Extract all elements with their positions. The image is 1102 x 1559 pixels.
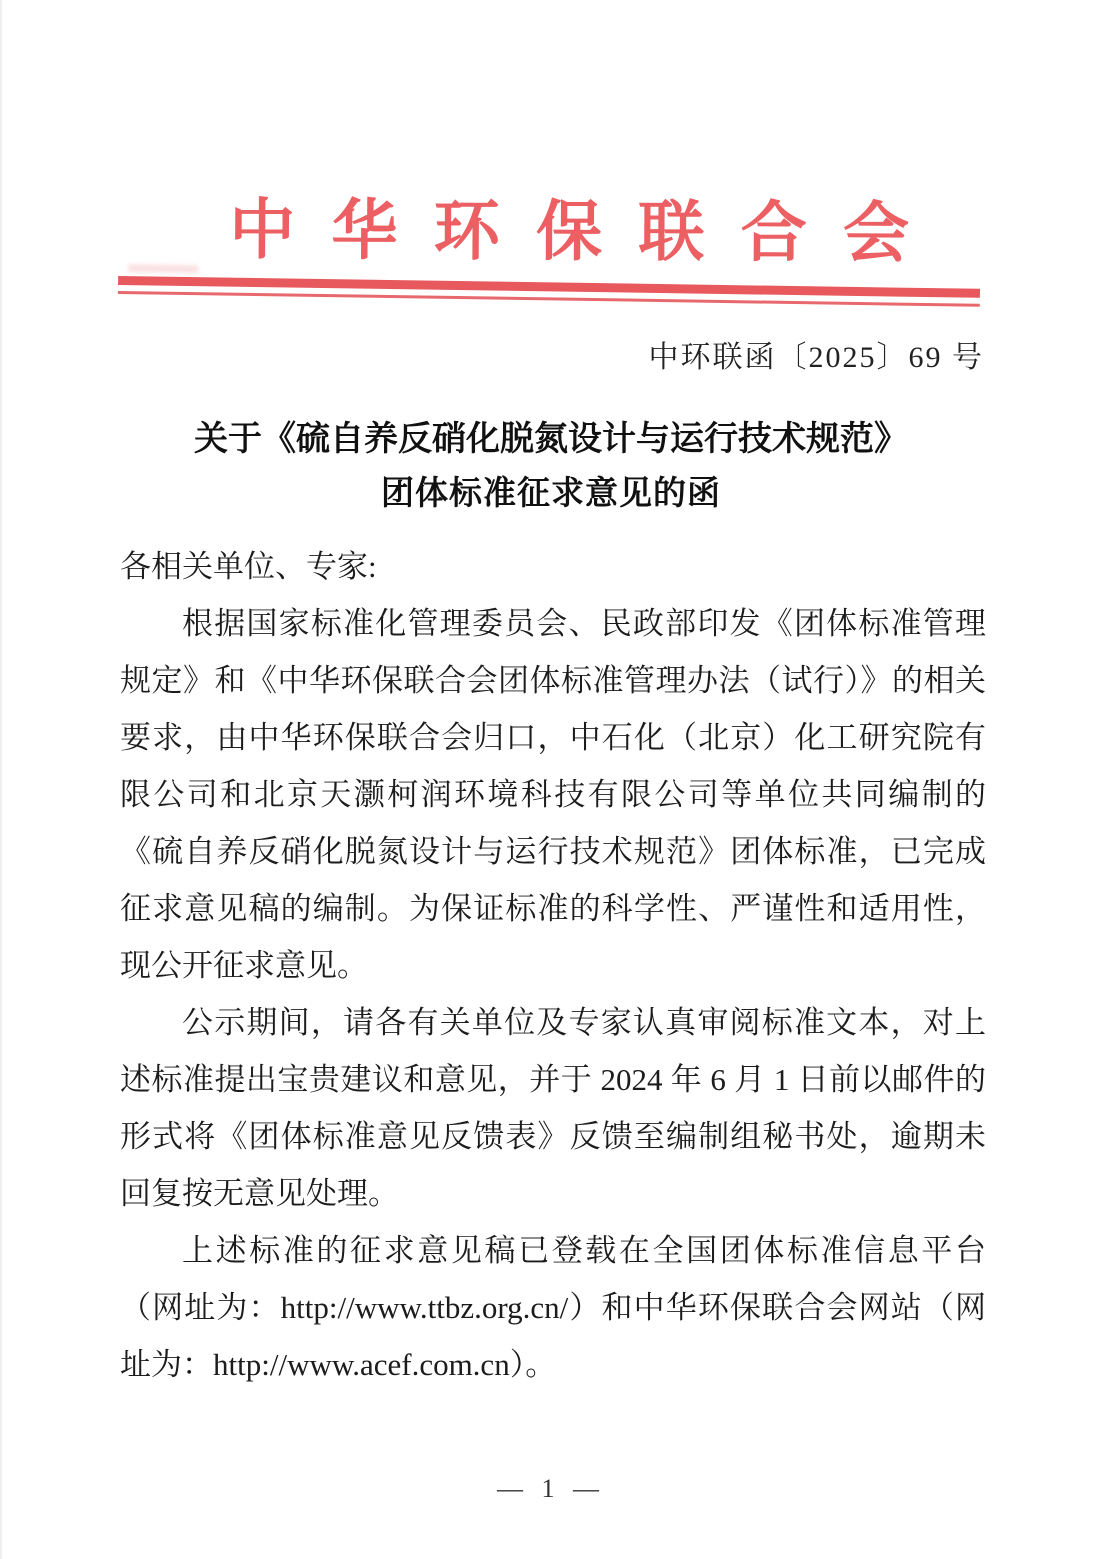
document-page: 中华环保联合会 中环联函〔2025〕69 号 关于《硫自养反硝化脱氮设计与运行技… bbox=[0, 0, 1102, 1559]
document-number: 中环联函〔2025〕69 号 bbox=[0, 332, 1102, 376]
scan-smudge bbox=[128, 264, 198, 273]
letterhead-divider bbox=[118, 276, 980, 307]
page-number: — 1 — bbox=[0, 1474, 1102, 1504]
document-title-line1: 关于《硫自养反硝化脱氮设计与运行技术规范》 bbox=[0, 412, 1102, 466]
paragraph-3: 上述标准的征求意见稿已登载在全国团体标准信息平台（网址为：http://www.… bbox=[120, 1222, 986, 1393]
salutation: 各相关单位、专家: bbox=[120, 538, 986, 595]
letterhead-org-name: 中华环保联合会 bbox=[0, 175, 1102, 276]
document-title-line2: 团体标准征求意见的函 bbox=[0, 466, 1102, 520]
paragraph-2: 公示期间，请各有关单位及专家认真审阅标准文本，对上述标准提出宝贵建议和意见，并于… bbox=[120, 994, 986, 1222]
paragraph-1: 根据国家标准化管理委员会、民政部印发《团体标准管理规定》和《中华环保联合会团体标… bbox=[120, 595, 986, 994]
document-title: 关于《硫自养反硝化脱氮设计与运行技术规范》 团体标准征求意见的函 bbox=[0, 412, 1102, 520]
document-body: 各相关单位、专家: 根据国家标准化管理委员会、民政部印发《团体标准管理规定》和《… bbox=[120, 538, 986, 1393]
